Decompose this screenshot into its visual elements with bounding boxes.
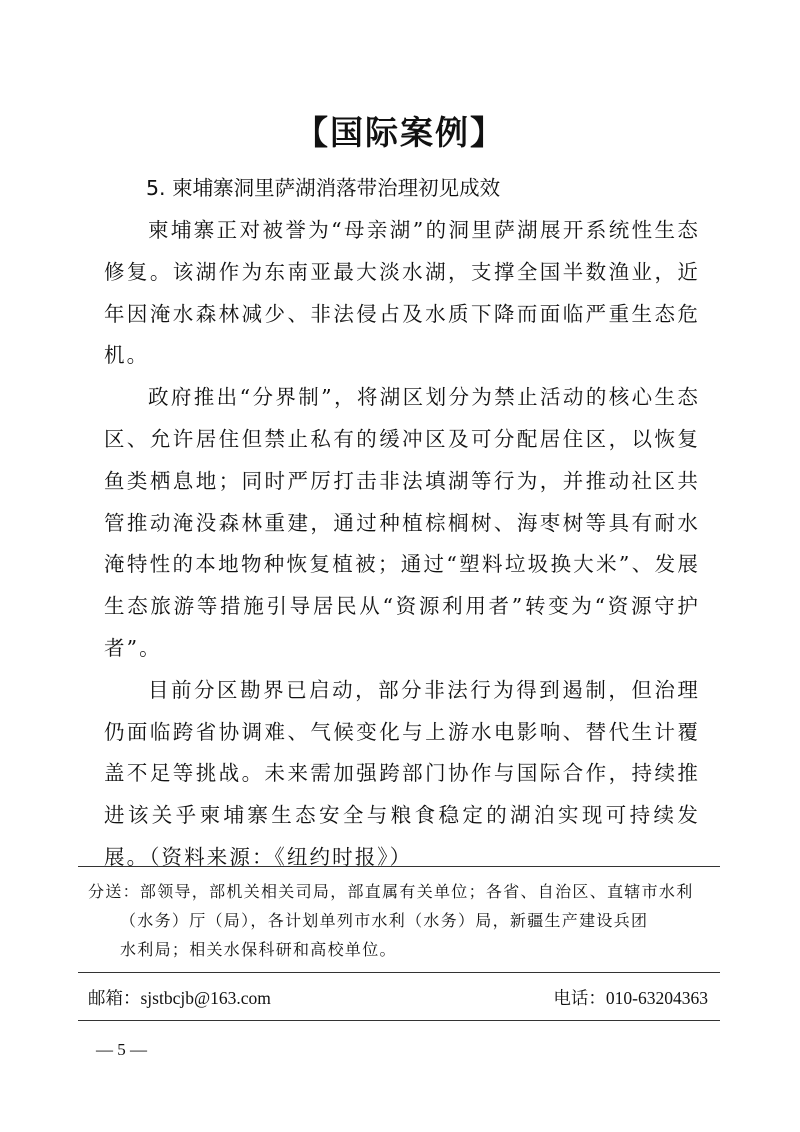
distribution-line-3: 水利局；相关水保科研和高校单位。 bbox=[88, 935, 718, 964]
paragraph-1: 柬埔寨正对被誉为“母亲湖”的洞里萨湖展开系统性生态修复。该湖作为东南亚最大淡水湖… bbox=[104, 210, 700, 377]
divider-top bbox=[78, 866, 720, 867]
distribution-list: 分送：部领导，部机关相关司局，部直属有关单位；各省、自治区、直辖市水利 （水务）… bbox=[88, 877, 718, 964]
paragraph-2: 政府推出“分界制”，将湖区划分为禁止活动的核心生态区、允许居住但禁止私有的缓冲区… bbox=[104, 377, 700, 670]
distribution-label: 分送： bbox=[88, 882, 140, 901]
section-title: 【国际案例】 bbox=[0, 108, 800, 158]
email-address[interactable]: sjstbcjb@163.com bbox=[141, 988, 271, 1008]
page-number: — 5 — bbox=[96, 1040, 147, 1060]
distribution-line-1: 分送：部领导，部机关相关司局，部直属有关单位；各省、自治区、直辖市水利 bbox=[88, 877, 718, 906]
paragraph-3: 目前分区勘界已启动，部分非法行为得到遏制，但治理仍面临跨省协调难、气候变化与上游… bbox=[104, 670, 700, 879]
contact-info: 邮箱：sjstbcjb@163.com 电话：010-63204363 bbox=[88, 985, 708, 1015]
email-label: 邮箱： bbox=[88, 988, 141, 1008]
divider-middle bbox=[78, 972, 720, 973]
phone-label: 电话： bbox=[553, 988, 606, 1008]
phone-number: 010-63204363 bbox=[606, 988, 708, 1008]
document-page: 【国际案例】 5. 柬埔寨洞里萨湖消落带治理初见成效 柬埔寨正对被誉为“母亲湖”… bbox=[0, 0, 800, 1132]
distribution-line-2: （水务）厅（局），各计划单列市水利（水务）局，新疆生产建设兵团 bbox=[88, 906, 718, 935]
divider-bottom bbox=[78, 1020, 720, 1021]
article-body: 柬埔寨正对被誉为“母亲湖”的洞里萨湖展开系统性生态修复。该湖作为东南亚最大淡水湖… bbox=[104, 210, 700, 879]
article-heading: 5. 柬埔寨洞里萨湖消落带治理初见成效 bbox=[146, 171, 726, 205]
phone-info: 电话：010-63204363 bbox=[553, 985, 708, 1010]
email-info: 邮箱：sjstbcjb@163.com bbox=[88, 985, 271, 1010]
